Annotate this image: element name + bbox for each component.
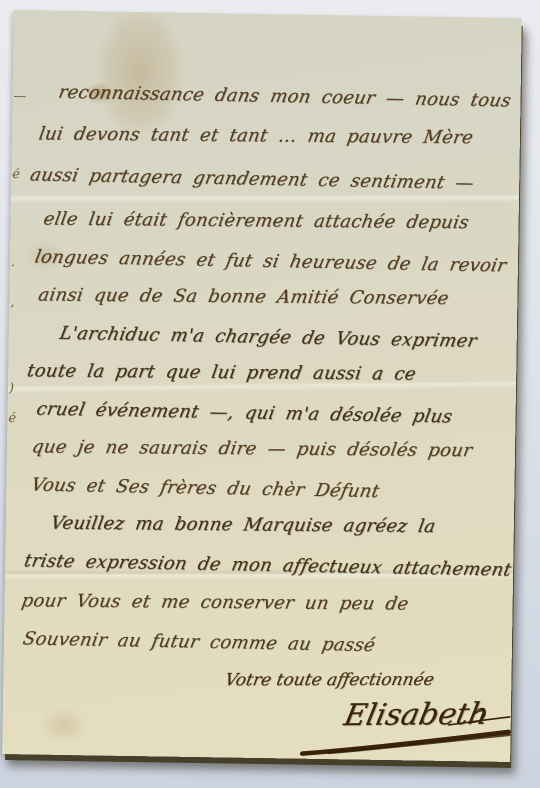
edge-ink-mark: — — [13, 90, 26, 103]
letter-line: ainsi que de Sa bonne Amitié Conservée — [37, 286, 450, 309]
letter-line: Veuillez ma bonne Marquise agréez la — [49, 514, 437, 537]
letter-paper-sheet: — é · , ) é reconnaissance dans mon coeu… — [2, 10, 522, 762]
edge-ink-mark: é — [8, 412, 16, 425]
letter-line: triste expression de mon affectueux atta… — [22, 551, 513, 580]
letter-line: L'archiduc m'a chargée de Vous exprimer — [58, 324, 479, 352]
letter-line: reconnaissance dans mon coeur — nous tou… — [57, 83, 513, 111]
letter-line: que je ne saurais dire — puis désolés po… — [30, 437, 473, 461]
edge-ink-mark: · — [11, 260, 15, 273]
letter-line: lui devons tant et tant ... ma pauvre Mè… — [37, 124, 474, 148]
letter-line: aussi partagera grandement ce sentiment … — [28, 165, 475, 193]
edge-ink-mark: , — [10, 296, 14, 309]
signature-flourish — [298, 705, 511, 762]
letter-line: Vous et Ses frères du chèr Défunt — [29, 475, 381, 501]
letter-line: elle lui était foncièrement attachée dep… — [42, 210, 470, 233]
letter-line: cruel événement —, qui m'a désolée plus — [35, 399, 454, 427]
letter-closing: Votre toute affectionnée — [223, 671, 435, 690]
letter-line: pour Vous et me conserver un peu de — [20, 591, 410, 614]
letter-line: toute la part que lui prend aussi a ce — [26, 361, 418, 384]
letter-line: longues années et fut si heureuse de la … — [33, 247, 508, 276]
edge-ink-mark: é — [12, 168, 20, 181]
letter-line: Souvenir au futur comme au passé — [21, 629, 377, 655]
edge-ink-mark: ) — [9, 382, 14, 395]
letter-photograph: — é · , ) é reconnaissance dans mon coeu… — [0, 0, 540, 788]
